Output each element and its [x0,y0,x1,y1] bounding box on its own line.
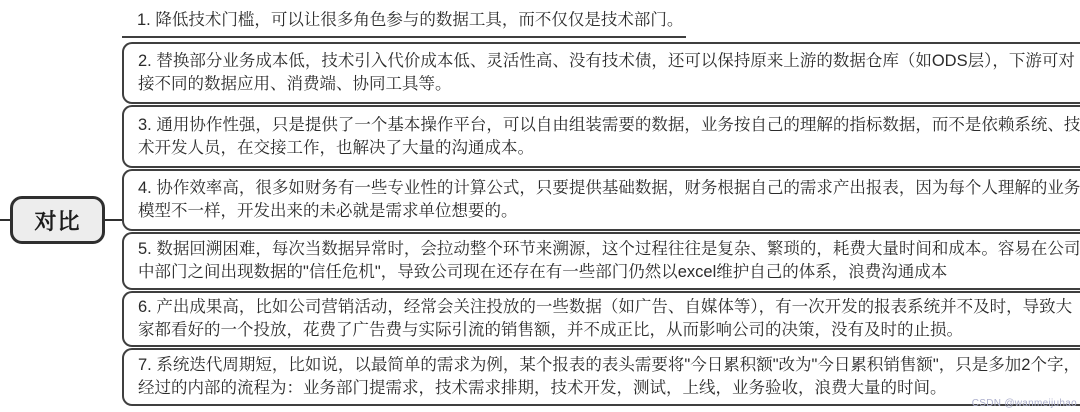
branch-topic-1-text: 1. 降低技术门槛，可以让很多角色参与的数据工具，而不仅仅是技术部门。 [137,11,683,29]
branch-topic-6-text: 6. 产出成果高，比如公司营销活动，经常会关注投放的一些数据（如广告、自媒体等）… [138,296,1080,342]
mindmap-canvas: 对比 1. 降低技术门槛，可以让很多角色参与的数据工具，而不仅仅是技术部门。 2… [0,0,1080,412]
branch-topic-2-text: 2. 替换部分业务成本低，技术引入代价成本低、灵活性高、没有技术债，还可以保持原… [138,50,1080,96]
connector-left-stub [0,219,10,221]
branch-topic-1[interactable]: 1. 降低技术门槛，可以让很多角色参与的数据工具，而不仅仅是技术部门。 [137,9,1067,32]
branch-topic-3[interactable]: 3. 通用协作性强，只是提供了一个基本操作平台，可以自由组装需要的数据，业务按自… [122,105,1080,168]
branch-topic-7-text: 7. 系统迭代周期短，比如说，以最简单的需求为例，某个报表的表头需要将"今日累积… [138,354,1080,400]
branch-topic-5-text: 5. 数据回溯困难，每次当数据异常时，会拉动整个环节来溯源，这个过程往往是复杂、… [138,238,1080,284]
watermark-text: CSDN @wanmeijuhao [972,398,1077,409]
branch-topic-6[interactable]: 6. 产出成果高，比如公司营销活动，经常会关注投放的一些数据（如广告、自媒体等）… [122,291,1080,347]
branch-topic-3-text: 3. 通用协作性强，只是提供了一个基本操作平台，可以自由组装需要的数据，业务按自… [138,114,1080,160]
branch-topic-1-underline [122,36,686,38]
mindmap-root-node[interactable]: 对比 [10,196,105,244]
branch-topic-4[interactable]: 4. 协作效率高，很多如财务有一些专业性的计算公式，只要提供基础数据，财务根据自… [122,169,1080,231]
root-node-label: 对比 [34,205,80,236]
branch-topic-5[interactable]: 5. 数据回溯困难，每次当数据异常时，会拉动整个环节来溯源，这个过程往往是复杂、… [122,232,1080,290]
branch-topic-2[interactable]: 2. 替换部分业务成本低，技术引入代价成本低、灵活性高、没有技术债，还可以保持原… [122,42,1080,104]
branch-topic-7[interactable]: 7. 系统迭代周期短，比如说，以最简单的需求为例，某个报表的表头需要将"今日累积… [122,348,1080,406]
branch-topic-4-text: 4. 协作效率高，很多如财务有一些专业性的计算公式，只要提供基础数据，财务根据自… [138,177,1080,223]
